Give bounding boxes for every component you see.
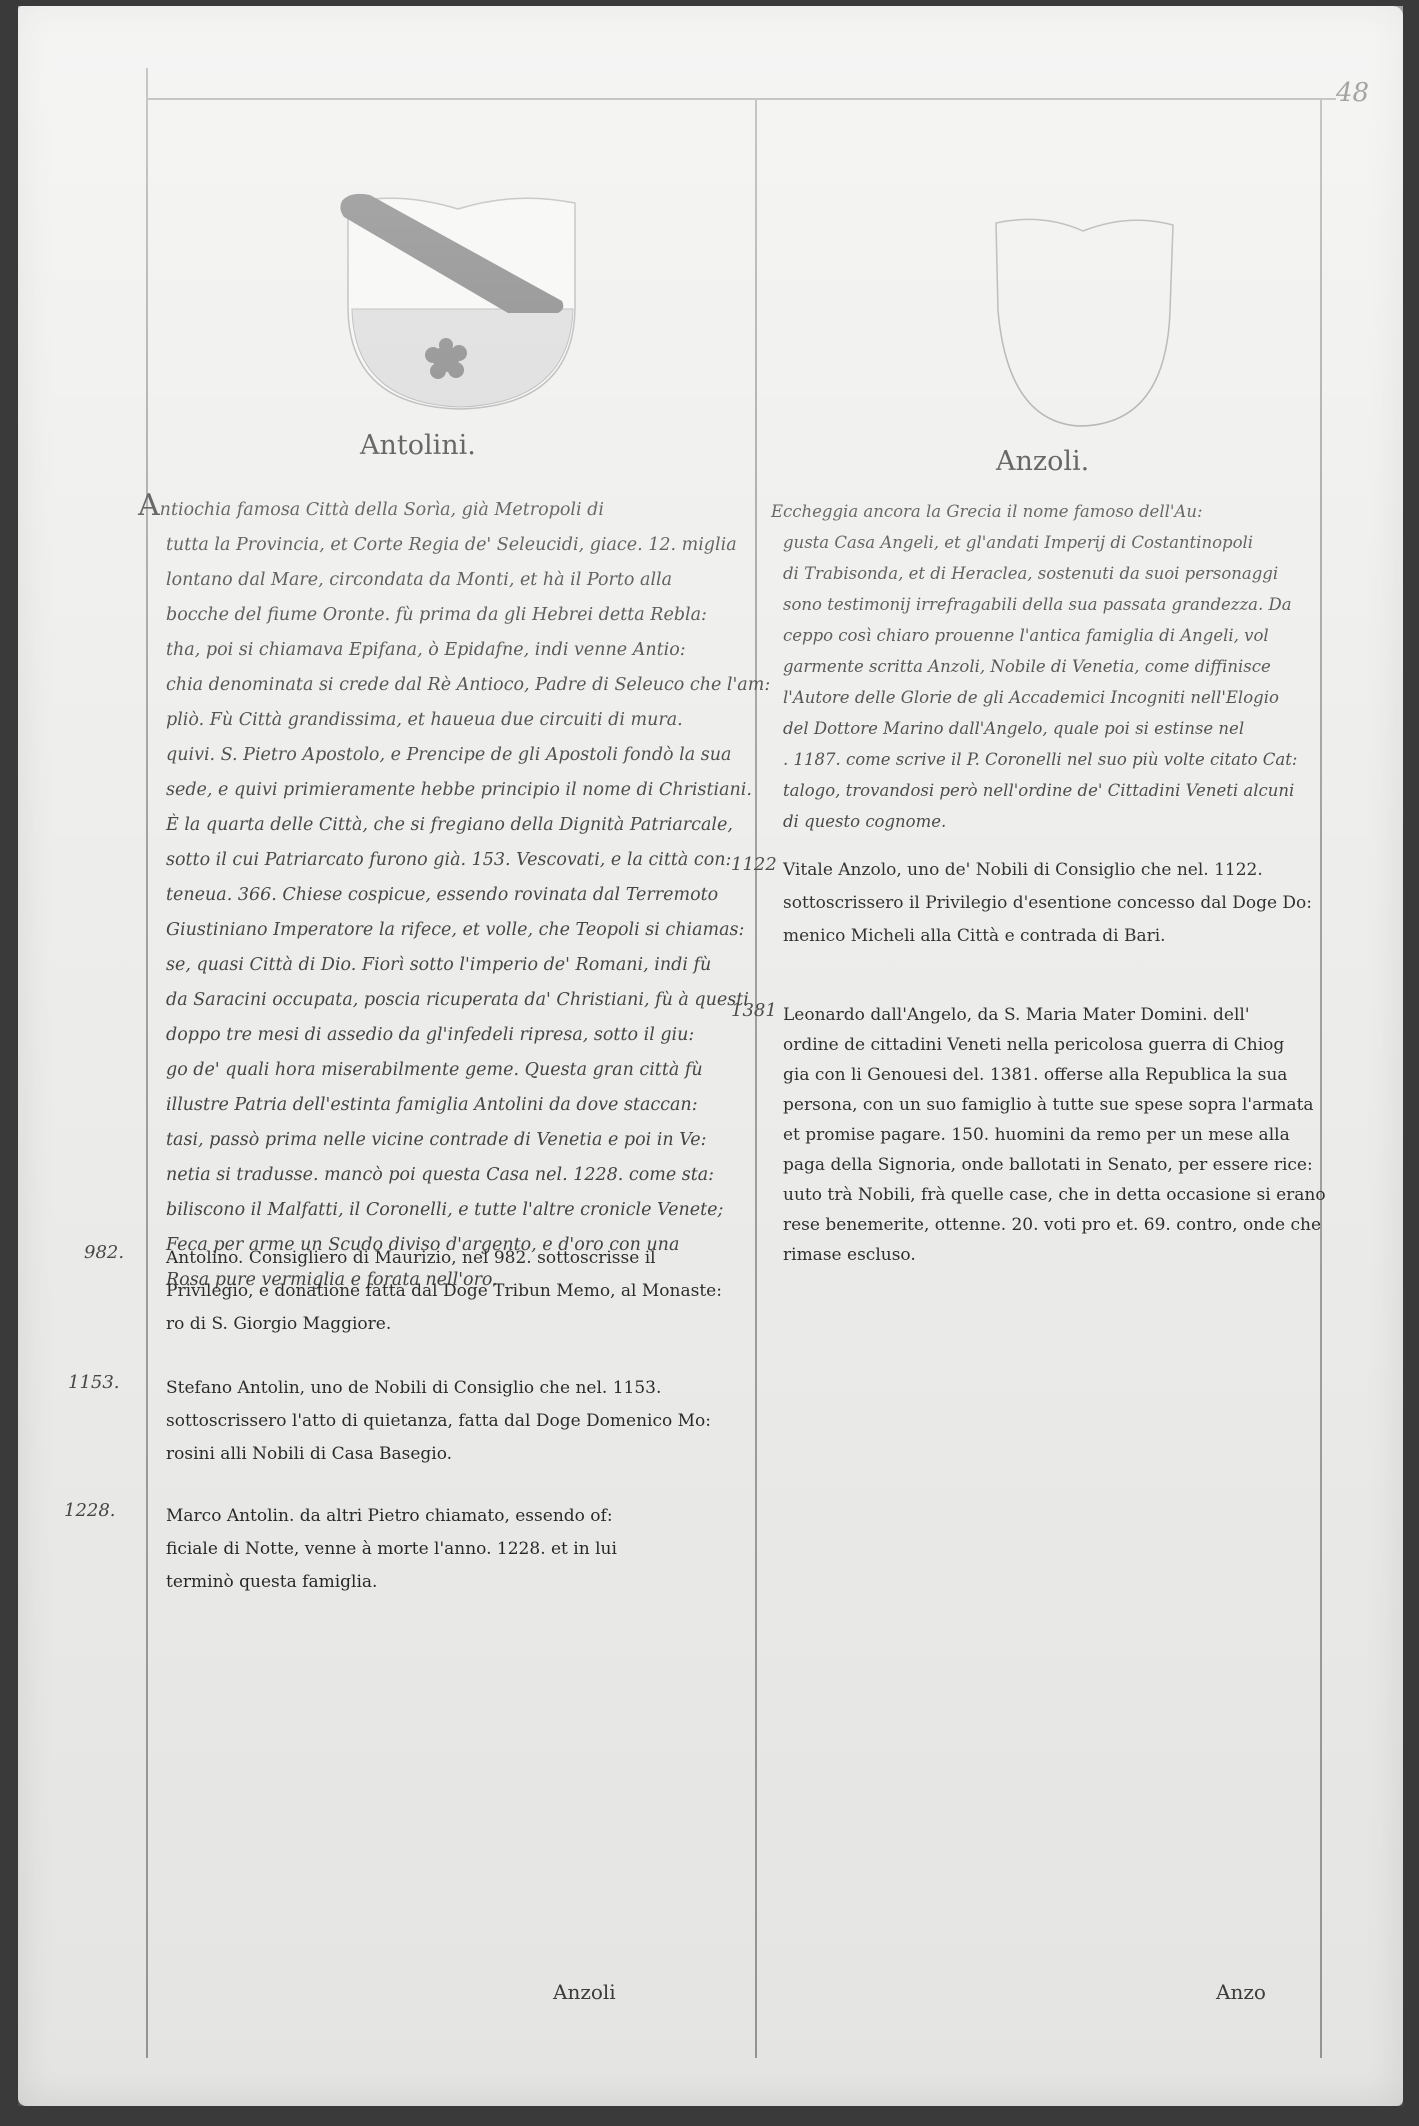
text-line: sottoscrissero il Privilegio d'esentione… xyxy=(783,887,1313,920)
text-line: garmente scritta Anzoli, Nobile di Venet… xyxy=(783,651,1313,682)
text-line: uuto trà Nobili, frà quelle case, che in… xyxy=(783,1180,1313,1210)
catchword-right: Anzo xyxy=(1216,1980,1266,2004)
intro-paragraph-anzoli: Eccheggia ancora la Grecia il nome famos… xyxy=(783,496,1313,837)
text-line: Marco Antolin. da altri Pietro chiamato,… xyxy=(166,1500,746,1533)
text-line: pliò. Fù Città grandissima, et haueua du… xyxy=(166,703,746,738)
text-line: et promise pagare. 150. huomini da remo … xyxy=(783,1120,1313,1150)
left-column-antolini: Antiochia famosa Città della Sorìa, già … xyxy=(166,488,746,1298)
text-line: ficiale di Notte, venne à morte l'anno. … xyxy=(166,1533,746,1566)
text-line: netia si tradusse. mancò poi questa Casa… xyxy=(166,1158,746,1193)
text-line: . 1187. come scrive il P. Coronelli nel … xyxy=(783,744,1313,775)
left-margin-rule xyxy=(146,68,148,2058)
text-line: go de' quali hora miserabilmente geme. Q… xyxy=(166,1053,746,1088)
text-line: terminò questa famiglia. xyxy=(166,1566,746,1599)
entry-vitale-anzolo-1122: 1122 Vitale Anzolo, uno de' Nobili di Co… xyxy=(783,854,1313,953)
text-line: talogo, trovandosi però nell'ordine de' … xyxy=(783,775,1313,806)
intro-paragraph-antolini: Antiochia famosa Città della Sorìa, già … xyxy=(166,488,746,1298)
text-line: di questo cognome. xyxy=(783,806,1313,837)
text-line: menico Micheli alla Città e contrada di … xyxy=(783,920,1313,953)
text-line: gusta Casa Angeli, et gl'andati Imperij … xyxy=(783,527,1313,558)
center-column-rule xyxy=(755,98,757,2058)
text-line: gia con li Genouesi del. 1381. offerse a… xyxy=(783,1060,1313,1090)
drop-cap: A xyxy=(138,488,160,523)
text-line: tutta la Provincia, et Corte Regia de' S… xyxy=(166,528,746,563)
text-line: illustre Patria dell'estinta famiglia An… xyxy=(166,1088,746,1123)
shield-icon xyxy=(330,181,590,416)
text-line: lontano dal Mare, circondata da Monti, e… xyxy=(166,563,746,598)
text-line: sono testimonij irrefragabili della sua … xyxy=(783,589,1313,620)
marginal-year: 982. xyxy=(84,1242,124,1263)
text-line: doppo tre mesi di assedio da gl'infedeli… xyxy=(166,1018,746,1053)
text-line: rese benemerite, ottenne. 20. voti pro e… xyxy=(783,1210,1313,1240)
coat-of-arms-antolini xyxy=(330,181,590,416)
coat-of-arms-anzoli xyxy=(968,201,1198,441)
text-line: sotto il cui Patriarcato furono già. 153… xyxy=(166,843,746,878)
text-line: rimase escluso. xyxy=(783,1240,1313,1270)
shield-icon xyxy=(968,201,1198,441)
text-line: bocche del fiume Oronte. fù prima da gli… xyxy=(166,598,746,633)
text-line: persona, con un suo famiglio à tutte sue… xyxy=(783,1090,1313,1120)
text-line: biliscono il Malfatti, il Coronelli, e t… xyxy=(166,1193,746,1228)
right-margin-rule xyxy=(1320,98,1322,2058)
text-line: teneua. 366. Chiese cospicue, essendo ro… xyxy=(166,878,746,913)
marginal-year: 1153. xyxy=(68,1372,120,1393)
family-heading-antolini: Antolini. xyxy=(360,430,476,461)
text-line: ordine de cittadini Veneti nella pericol… xyxy=(783,1030,1313,1060)
family-heading-anzoli: Anzoli. xyxy=(996,446,1089,477)
text-line: chia denominata si crede dal Rè Antioco,… xyxy=(166,668,746,703)
text-line: tasi, passò prima nelle vicine contrade … xyxy=(166,1123,746,1158)
text-line: Giustiniano Imperatore la rifece, et vol… xyxy=(166,913,746,948)
top-border-rule xyxy=(146,98,1336,100)
text-line: da Saracini occupata, poscia ricuperata … xyxy=(166,983,746,1018)
text-line: È la quarta delle Città, che si fregiano… xyxy=(166,808,746,843)
text-line: sede, e quivi primieramente hebbe princi… xyxy=(166,773,746,808)
text-line: ro di S. Giorgio Maggiore. xyxy=(166,1308,746,1341)
text-line: Eccheggia ancora la Grecia il nome famos… xyxy=(771,496,1313,527)
text-line: quivi. S. Pietro Apostolo, e Prencipe de… xyxy=(166,738,746,773)
manuscript-page: 48 Antolini. Anzoli. Antiochia famosa Ci… xyxy=(18,6,1403,2106)
text-line: l'Autore delle Glorie de gli Accademici … xyxy=(783,682,1313,713)
text-line: ceppo così chiaro prouenne l'antica fami… xyxy=(783,620,1313,651)
marginal-year: 1381 xyxy=(731,1000,777,1021)
text-line: rosini alli Nobili di Casa Basegio. xyxy=(166,1438,746,1471)
text-line: sottoscrissero l'atto di quietanza, fatt… xyxy=(166,1405,746,1438)
marginal-year: 1228. xyxy=(64,1500,116,1521)
right-column-anzoli: Eccheggia ancora la Grecia il nome famos… xyxy=(783,496,1313,837)
text-line: di Trabisonda, et di Heraclea, sostenuti… xyxy=(783,558,1313,589)
text-line: tha, poi si chiamava Epifana, ò Epidafne… xyxy=(166,633,746,668)
entry-leonardo-dall-angelo-1381: 1381 Leonardo dall'Angelo, da S. Maria M… xyxy=(783,1000,1313,1270)
text-line: paga della Signoria, onde ballotati in S… xyxy=(783,1150,1313,1180)
catchword-left: Anzoli xyxy=(553,1980,616,2004)
entry-marco-antolin-1228: 1228. Marco Antolin. da altri Pietro chi… xyxy=(166,1500,746,1599)
text-line: Stefano Antolin, uno de Nobili di Consig… xyxy=(166,1372,746,1405)
text-line: Privilegio, e donatione fatta dal Doge T… xyxy=(166,1275,746,1308)
entry-stefano-antolin-1153: 1153. Stefano Antolin, uno de Nobili di … xyxy=(166,1372,746,1471)
text-line: Leonardo dall'Angelo, da S. Maria Mater … xyxy=(783,1000,1313,1030)
marginal-year: 1122 xyxy=(731,854,777,875)
text-line: Antolino. Consigliero di Maurizio, nel 9… xyxy=(166,1242,746,1275)
text-line: se, quasi Città di Dio. Fiorì sotto l'im… xyxy=(166,948,746,983)
text-line: ntiochia famosa Città della Sorìa, già M… xyxy=(160,500,604,520)
folio-number: 48 xyxy=(1336,78,1369,108)
text-line: Vitale Anzolo, uno de' Nobili di Consigl… xyxy=(783,854,1313,887)
text-line: del Dottore Marino dall'Angelo, quale po… xyxy=(783,713,1313,744)
entry-antolino-982: 982. Antolino. Consigliero di Maurizio, … xyxy=(166,1242,746,1341)
